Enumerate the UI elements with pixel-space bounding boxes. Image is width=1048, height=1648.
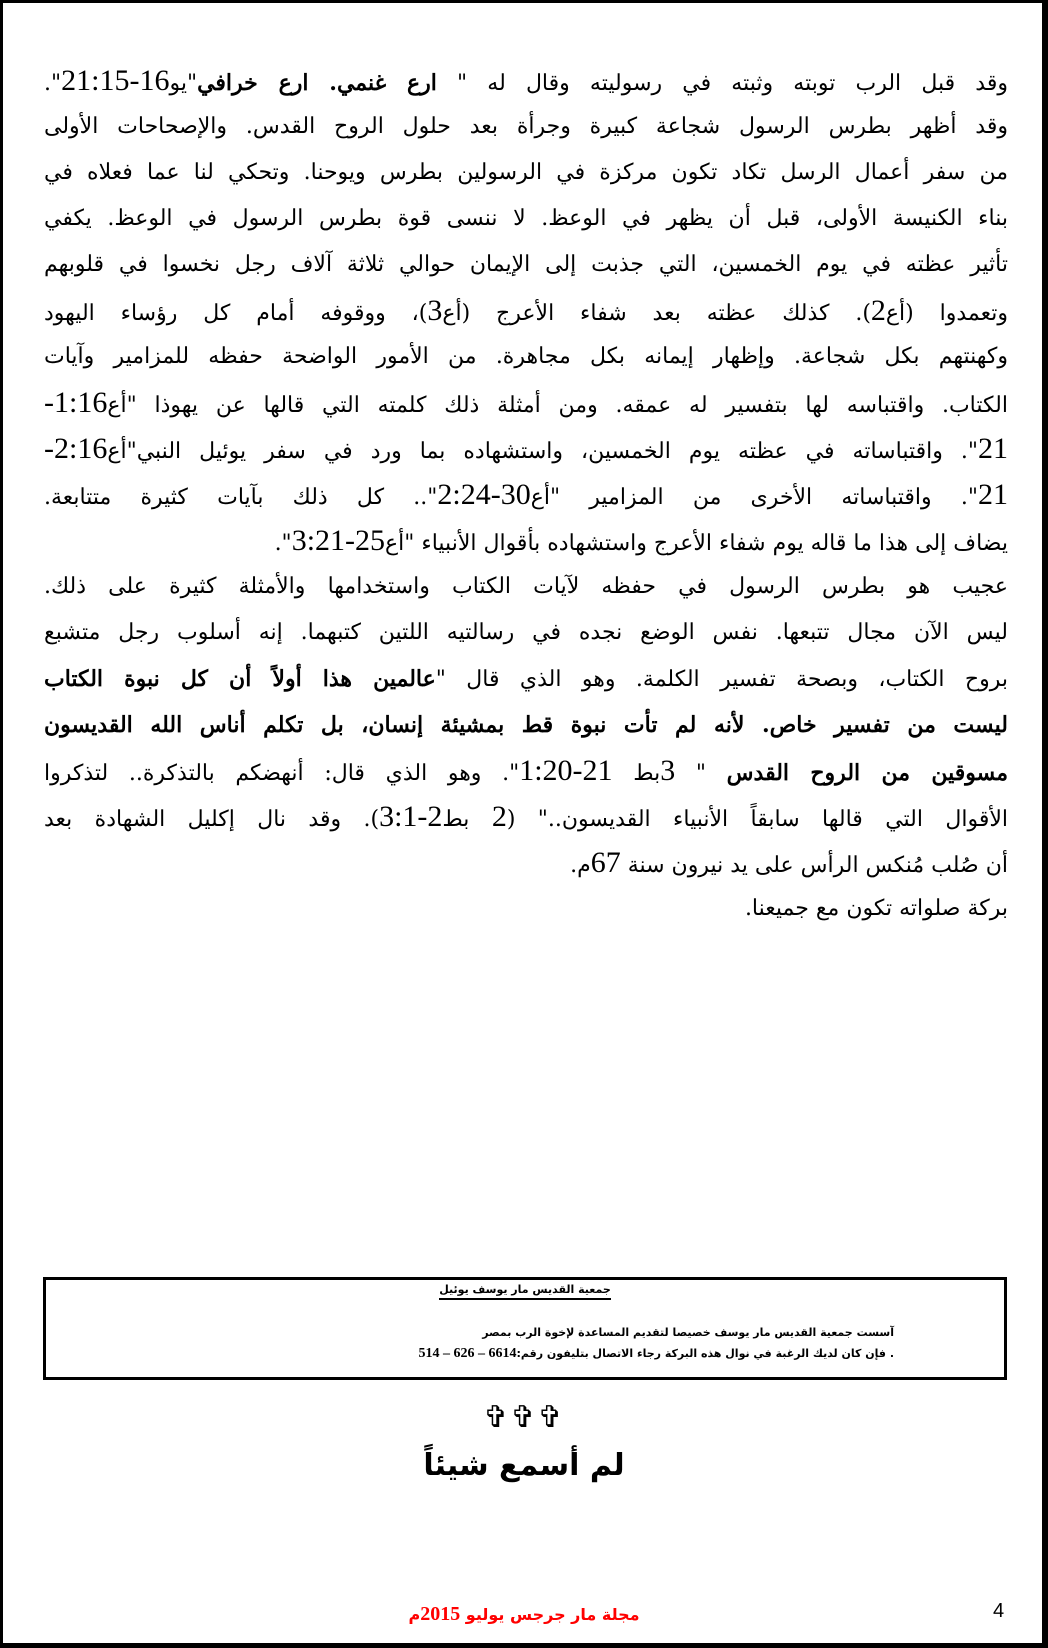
issue-year: 2015	[420, 1603, 460, 1625]
verse-reference: 2	[871, 294, 886, 327]
text-run: وقد أظهر بطرس الرسول شجاعة كبيرة وجرأة ب…	[44, 114, 1008, 139]
notice-contact-text: . فإن كان لديك الرغبة في نوال هذه البركة…	[517, 1347, 894, 1360]
verse-reference: 2:24-30	[437, 478, 530, 511]
verse-reference: 3:21-25	[292, 524, 385, 557]
article-line: يضاف إلى هذا ما قاله يوم شفاء الأعرج واس…	[44, 518, 1008, 564]
article-line: بركة صلواته تكون مع جميعنا.	[44, 886, 1008, 932]
article-line: تأثير عظته في يوم الخمسين، التي جذبت إلى…	[44, 242, 1008, 288]
text-run: بط	[442, 807, 491, 832]
notice-box: جمعية القديس مار يوسف يوئيل آسست جمعية ا…	[43, 1277, 1007, 1380]
article-body: وقد قبل الرب توبته وثبته في رسوليته وقال…	[44, 58, 1008, 932]
article-line: بناء الكنيسة الأولى، قبل أن يظهر في الوع…	[44, 196, 1008, 242]
text-run: ".. كل ذلك بآيات كثيرة متتابعة.	[44, 485, 437, 510]
text-run: ". واقتباساته الأخرى من المزامير "أع	[531, 485, 978, 510]
verse-reference: 3:1-2	[379, 800, 442, 833]
verse-reference: 1:16-	[44, 386, 107, 419]
section-heading: لم أسمع شيئاً	[0, 1448, 1048, 1483]
footer-magazine-title: مجلة مار جرجس يوليو 2015م	[0, 1603, 1048, 1626]
notice-title: جمعية القديس مار يوسف يوئيل	[46, 1283, 1004, 1296]
text-run: الأقوال التي قالها سابقاً الأنبياء القدي…	[507, 807, 1008, 832]
article-line: وتعمدوا (أع2). كذلك عظته بعد شفاء الأعرج…	[44, 288, 1008, 334]
text-run: "يو	[169, 71, 197, 96]
text-run: أن صُلب مُنكس الرأس على يد نيرون سنة	[621, 853, 1008, 878]
article-line: من سفر أعمال الرسل تكاد تكون مركزة في ال…	[44, 150, 1008, 196]
verse-reference: 3	[427, 294, 442, 327]
article-line: 21". واقتباساته الأخرى من المزامير "أع2:…	[44, 472, 1008, 518]
page-number: 4	[993, 1600, 1004, 1623]
phone-number: 514 – 626 – 6614	[419, 1346, 517, 1362]
text-run: وكهنتهم بكل شجاعة. وإظهار إيمانه بكل مجا…	[44, 344, 1008, 369]
bold-quote: عالمين هذا أولاً أن كل نبوة الكتاب	[44, 666, 436, 692]
notice-line-2: . فإن كان لديك الرغبة في نوال هذه البركة…	[419, 1346, 894, 1362]
text-run: ".	[275, 531, 292, 556]
year-suffix: م	[408, 1605, 420, 1624]
text-run: ".	[44, 71, 61, 96]
bold-quote: ارع غنمي. ارع خرافي	[197, 70, 437, 96]
article-line: الكتاب. واقتباسه لها بتفسير له عمقه. ومن…	[44, 380, 1008, 426]
text-run: ". واقتباساته في عظته يوم الخمسين، واستش…	[107, 439, 978, 464]
verse-reference: 3	[660, 754, 675, 787]
bold-quote: ليست من تفسير خاص. لأنه لم تأت نبوة قط ب…	[44, 712, 1008, 738]
text-run: بناء الكنيسة الأولى، قبل أن يظهر في الوع…	[44, 206, 1008, 231]
verse-reference: 21	[978, 432, 1008, 465]
article-line: 21". واقتباساته في عظته يوم الخمسين، واس…	[44, 426, 1008, 472]
verse-reference: 21	[978, 478, 1008, 511]
article-line: وكهنتهم بكل شجاعة. وإظهار إيمانه بكل مجا…	[44, 334, 1008, 380]
notice-title-text: جمعية القديس مار يوسف يوئيل	[439, 1283, 611, 1300]
three-crosses-icon: ✞✞✞	[0, 1400, 1048, 1435]
article-line: الأقوال التي قالها سابقاً الأنبياء القدي…	[44, 794, 1008, 840]
verse-reference: 2	[492, 800, 507, 833]
text-run: الكتاب. واقتباسه لها بتفسير له عمقه. ومن…	[107, 393, 1008, 418]
text-run: من سفر أعمال الرسل تكاد تكون مركزة في ال…	[44, 160, 1008, 185]
article-line: أن صُلب مُنكس الرأس على يد نيرون سنة 67م…	[44, 840, 1008, 886]
text-run: ليس الآن مجال تتبعها. نفس الوضع نجده في …	[44, 620, 1008, 645]
article-line: عجيب هو بطرس الرسول في حفظه لآيات الكتاب…	[44, 564, 1008, 610]
article-line: بروح الكتاب، وبصحة تفسير الكلمة. وهو الذ…	[44, 656, 1008, 702]
text-run: تأثير عظته في يوم الخمسين، التي جذبت إلى…	[44, 252, 1008, 277]
verse-reference: 21:15-16	[61, 64, 169, 97]
text-run: "	[675, 761, 726, 786]
verse-reference: 2:16-	[44, 432, 107, 465]
text-run: بركة صلواته تكون مع جميعنا.	[745, 896, 1008, 921]
text-run: يضاف إلى هذا ما قاله يوم شفاء الأعرج واس…	[385, 531, 1008, 556]
article-line: وقد قبل الرب توبته وثبته في رسوليته وقال…	[44, 58, 1008, 104]
notice-line-1: آسست جمعية القديس مار يوسف خصيصا لتقديم …	[482, 1326, 894, 1339]
text-run: ". وهو الذي قال: أنهضكم بالتذكرة.. لتذكر…	[44, 761, 519, 786]
text-run: )، ووقوفه أمام كل رؤساء اليهود	[44, 301, 427, 326]
magazine-name: مجلة مار جرجس يوليو	[466, 1605, 640, 1624]
text-run: وتعمدوا (أع	[886, 301, 1008, 326]
verse-reference: 1:20-21	[519, 754, 612, 787]
text-run: بروح الكتاب، وبصحة تفسير الكلمة. وهو الذ…	[436, 667, 1008, 692]
text-run: بط	[613, 761, 661, 786]
article-line: ليست من تفسير خاص. لأنه لم تأت نبوة قط ب…	[44, 702, 1008, 748]
article-line: ليس الآن مجال تتبعها. نفس الوضع نجده في …	[44, 610, 1008, 656]
text-run: م.	[570, 853, 591, 878]
article-line: مسوقين من الروح القدس " 3بط 1:20-21". وه…	[44, 748, 1008, 794]
text-run: وقد قبل الرب توبته وثبته في رسوليته وقال…	[437, 71, 1008, 96]
verse-reference: 67	[591, 846, 621, 879]
text-run: عجيب هو بطرس الرسول في حفظه لآيات الكتاب…	[44, 574, 1008, 599]
bold-quote: مسوقين من الروح القدس	[727, 760, 1008, 786]
article-line: وقد أظهر بطرس الرسول شجاعة كبيرة وجرأة ب…	[44, 104, 1008, 150]
text-run: ). كذلك عظته بعد شفاء الأعرج (أع	[442, 301, 871, 326]
text-run: ). وقد نال إكليل الشهادة بعد	[44, 807, 379, 832]
